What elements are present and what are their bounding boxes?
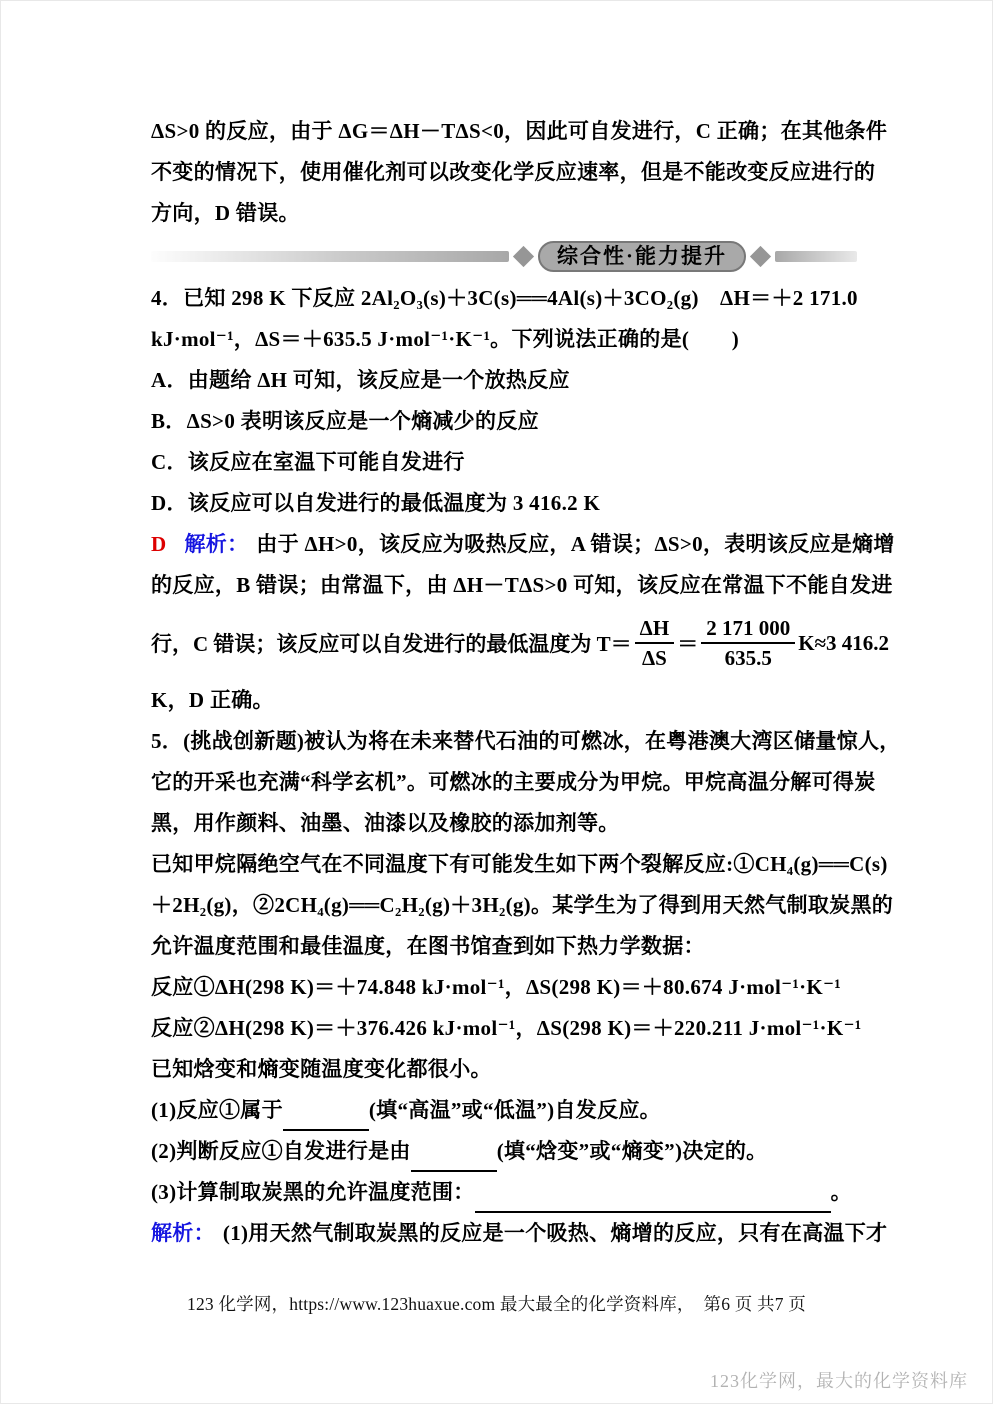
- q5-blank-3-pre: (3)计算制取炭黑的允许温度范围：: [151, 1180, 475, 1204]
- q4-option-d: D．该反应可以自发进行的最低温度为 3 416.2 K: [151, 483, 857, 524]
- q5-blank-2-post: (填“焓变”或“熵变”)决定的。: [497, 1139, 768, 1163]
- q4-answer-letter: D: [151, 532, 184, 556]
- fraction-denominator: 635.5: [725, 644, 772, 671]
- q4-analysis-label: 解析：: [184, 532, 256, 556]
- q5-stem-line-5: ＋2H₂(g)，②2CH₄(g)══C₂H₂(g)＋3H₂(g)。某学生为了得到…: [151, 885, 857, 926]
- banner-bar-right: [775, 251, 857, 262]
- q5-stem-line-2: 它的开采也充满“科学玄机”。可燃冰的主要成分为甲烷。甲烷高温分解可得炭: [151, 762, 857, 803]
- fraction-values: 2 171 000635.5: [701, 615, 795, 671]
- q4-stem-line-2: kJ·mol⁻¹，ΔS＝＋635.5 J·mol⁻¹·K⁻¹。下列说法正确的是(…: [151, 319, 857, 360]
- fraction-numerator: ΔH: [635, 615, 675, 644]
- q5-note: 已知焓变和熵变随温度变化都很小。: [151, 1049, 857, 1090]
- fraction-denominator: ΔS: [642, 644, 667, 671]
- formula-suffix: K≈3 416.2: [798, 631, 889, 656]
- q5-analysis-line: 解析：(1)用天然气制取炭黑的反应是一个吸热、熵增的反应，只有在高温下才: [151, 1213, 857, 1254]
- diamond-icon: [513, 245, 534, 266]
- fraction-dh-ds: ΔHΔS: [635, 615, 675, 671]
- q4-option-b: B．ΔS>0 表明该反应是一个熵减少的反应: [151, 401, 857, 442]
- q5-blank-1-pre: (1)反应①属于: [151, 1098, 283, 1122]
- q5-thermo-data-2: 反应②ΔH(298 K)＝＋376.426 kJ·mol⁻¹，ΔS(298 K)…: [151, 1008, 857, 1049]
- q4-option-c: C．该反应在室温下可能自发进行: [151, 442, 857, 483]
- intro-line-2: 不变的情况下，使用催化剂可以改变化学反应速率，但是不能改变反应进行的: [151, 152, 857, 193]
- q5-blank-2-pre: (2)判断反应①自发进行是由: [151, 1139, 411, 1163]
- q4-option-a: A．由题给 ΔH 可知，该反应是一个放热反应: [151, 360, 857, 401]
- page-content: ΔS>0 的反应，由于 ΔG＝ΔH－TΔS<0，因此可自发进行，C 正确；在其他…: [151, 111, 857, 1254]
- section-banner: 综合性·能力提升: [151, 234, 857, 278]
- formula-prefix: 行，C 错误；该反应可以自发进行的最低温度为 T＝: [151, 628, 632, 658]
- q5-stem-line-1: 5．(挑战创新题)被认为将在未来替代石油的可燃冰，在粤港澳大湾区储量惊人，: [151, 721, 857, 762]
- intro-line-3: 方向，D 错误。: [151, 193, 857, 234]
- fill-blank-2: [411, 1150, 497, 1172]
- q5-blank-1-line: (1)反应①属于(填“高温”或“低温”)自发反应。: [151, 1090, 857, 1131]
- fraction-numerator: 2 171 000: [701, 615, 795, 644]
- q5-blank-3-line: (3)计算制取炭黑的允许温度范围：。: [151, 1172, 857, 1213]
- q4-formula-line: 行，C 错误；该反应可以自发进行的最低温度为 T＝ΔHΔS＝2 171 0006…: [151, 606, 857, 680]
- section-banner-title: 综合性·能力提升: [538, 241, 746, 272]
- banner-bar-left: [151, 251, 509, 262]
- q5-stem-line-6: 允许温度范围和最佳温度，在图书馆查到如下热力学数据：: [151, 926, 857, 967]
- q5-analysis-label: 解析：: [151, 1221, 223, 1245]
- document-page: ΔS>0 的反应，由于 ΔG＝ΔH－TΔS<0，因此可自发进行，C 正确；在其他…: [0, 0, 993, 1404]
- q5-thermo-data-1: 反应①ΔH(298 K)＝＋74.848 kJ·mol⁻¹，ΔS(298 K)＝…: [151, 967, 857, 1008]
- q5-blank-3-post: 。: [831, 1180, 852, 1204]
- q5-blank-2-line: (2)判断反应①自发进行是由(填“焓变”或“熵变”)决定的。: [151, 1131, 857, 1172]
- q4-analysis-line-2: 的反应，B 错误；由常温下，由 ΔH－TΔS>0 可知，该反应在常温下不能自发进: [151, 565, 857, 606]
- q5-blank-1-post: (填“高温”或“低温”)自发反应。: [369, 1098, 661, 1122]
- page-footer: 123 化学网，https://www.123huaxue.com 最大最全的化…: [1, 1291, 992, 1316]
- intro-line-1: ΔS>0 的反应，由于 ΔG＝ΔH－TΔS<0，因此可自发进行，C 正确；在其他…: [151, 111, 857, 152]
- q4-analysis-text-1: 由于 ΔH>0，该反应为吸热反应，A 错误；ΔS>0，表明该反应是熵增: [256, 532, 894, 556]
- watermark-text: 123化学网，最大的化学资料库: [710, 1367, 968, 1393]
- fill-blank-1: [283, 1109, 369, 1131]
- fill-blank-3: [475, 1191, 831, 1213]
- q4-analysis-line-1: D解析：由于 ΔH>0，该反应为吸热反应，A 错误；ΔS>0，表明该反应是熵增: [151, 524, 857, 565]
- q4-analysis-tail: K，D 正确。: [151, 680, 857, 721]
- q4-stem-line-1: 4．已知 298 K 下反应 2Al₂O₃(s)＋3C(s)══4Al(s)＋3…: [151, 278, 857, 319]
- diamond-icon: [750, 245, 771, 266]
- q5-analysis-text: (1)用天然气制取炭黑的反应是一个吸热、熵增的反应，只有在高温下才: [223, 1221, 887, 1245]
- q5-stem-line-4: 已知甲烷隔绝空气在不同温度下有可能发生如下两个裂解反应:①CH₄(g)══C(s…: [151, 844, 857, 885]
- formula-equals: ＝: [677, 628, 698, 658]
- q5-stem-line-3: 黑，用作颜料、油墨、油漆以及橡胶的添加剂等。: [151, 803, 857, 844]
